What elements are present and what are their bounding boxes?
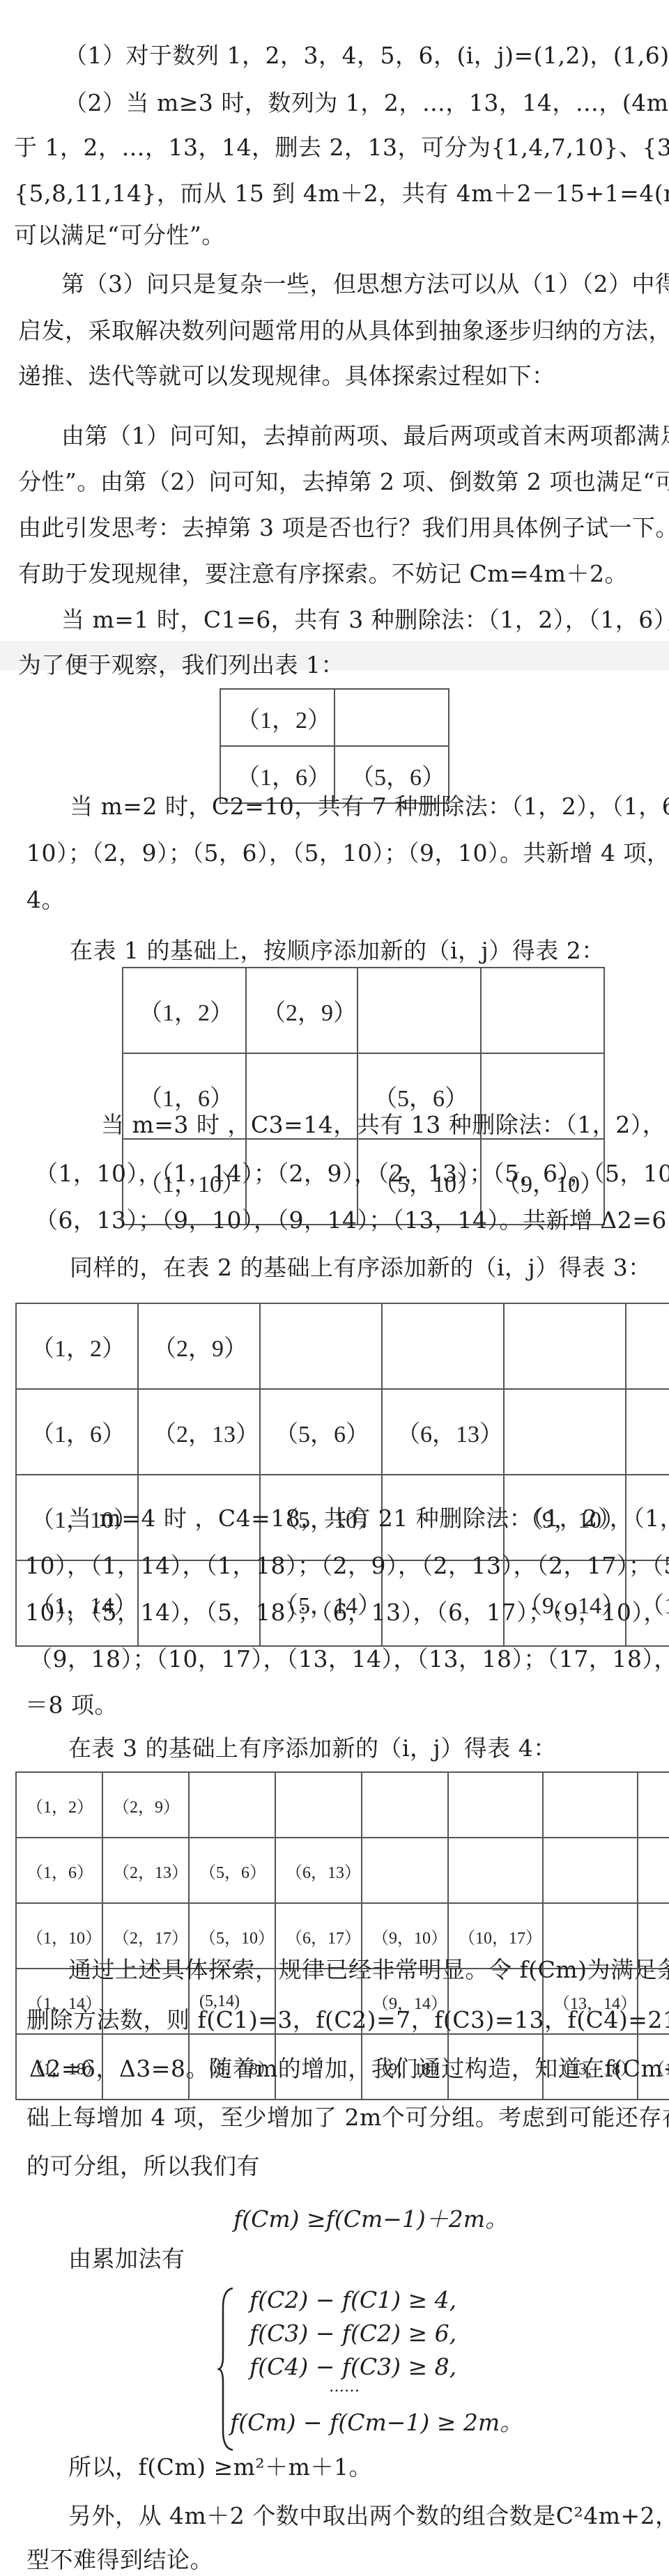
table-cell [543, 1838, 638, 1903]
part2-line1: （2）当 m≥3 时，数列为 1，2，…，13，14，…，(4m＋2)。对 [64, 89, 669, 117]
m4-line1: 当 m=4 时 ，C4=18，共有 21 种删除法：（1，2），（1，6），（1… [68, 1505, 669, 1533]
table-row: （1，6） （2，13） （5，6） （6，13） [16, 1389, 669, 1475]
inequality-row-2: f(C3) − f(C2) ≥ 6, [249, 2320, 456, 2347]
part2-line4: 可以满足“可分性”。 [14, 222, 225, 249]
table-cell [504, 1389, 626, 1475]
part2-line2: 于 1，2，…，13，14，删去 2，13，可分为{1,4,7,10}、{3,6… [14, 134, 669, 162]
recurrence-inequality: f(Cm) ≥f(Cm−1)＋2m。 [233, 2201, 508, 2234]
table-cell: （1，2） [123, 968, 246, 1053]
table-cell: （2，9） [138, 1303, 260, 1389]
table-cell: （2，13） [138, 1389, 260, 1475]
table-cell: （2，13） [102, 1838, 189, 1903]
table-row: （1，2） （2，9） [16, 1772, 669, 1838]
m3-line2: （1，10），（1，14）；（2，9），（2，13）；（5，6），（5，10），… [35, 1160, 669, 1188]
table-cell: （2，9） [102, 1772, 189, 1838]
m3-line3: （6，13）；（9，10），（9，14）；（13，14）。共新增 Δ2=6 项。 [35, 1206, 669, 1234]
table-cell [275, 1772, 362, 1838]
part1-text: （1）对于数列 1，2，3，4，5，6，(i，j)=(1,2)，(1,6)，(5… [64, 42, 669, 70]
table-cell [448, 1838, 543, 1903]
part3-intro-line2: 启发，采取解决数列问题常用的从具体到抽象逐步归纳的方法，通过 [18, 317, 669, 345]
table-cell [626, 1389, 669, 1475]
table-3: （1，2） （2，9） （1，6） （2，13） （5，6） （6，13） （1… [15, 1303, 669, 1647]
table-cell: （2，9） [246, 968, 357, 1053]
table-cell [638, 1838, 669, 1903]
table3-intro: 同样的，在表 2 的基础上有序添加新的（i，j）得表 3： [70, 1254, 652, 1282]
m2-line2: 10）；（2，9）；（5，6），（5，10）；（9，10）。共新增 4 项，记为… [26, 839, 669, 867]
conclusion-line3: Δ2=6，Δ3=8。随着m的增加，我们通过构造，知道在f(Cm−1)的基 [29, 2055, 669, 2083]
table-cell: （5，6） [189, 1838, 275, 1903]
m1-line1: 当 m=1 时，C1=6，共有 3 种删除法：（1，2），（1，6）；（5，6）… [61, 606, 669, 634]
table-cell: （1，2） [220, 689, 334, 746]
table-cell [626, 1303, 669, 1389]
table-1: （1，2） （1，6） （5，6） [220, 688, 449, 804]
table-row: （1，6） （2，13） （5，6） （6，13） [16, 1838, 669, 1903]
result-line: 所以，f(Cm) ≥m²＋m＋1。 [68, 2453, 372, 2481]
table-cell: （1，6） [16, 1838, 102, 1903]
observation-line1: 由第（1）问可知，去掉前两项、最后两项或首末两项都满足“可 [61, 422, 669, 450]
part3-intro-line3: 递推、迭代等就可以发现规律。具体探索过程如下： [18, 362, 555, 390]
m4-line2: 10），（1，14），（1，18）；（2，9），（2，13），（2，17）；（5… [25, 1552, 669, 1580]
table-row: （1，2） （2，9） [16, 1303, 669, 1389]
table-cell: （6，13） [382, 1389, 504, 1475]
conclusion-line2: 删除方法数，则 f(C1)=3，f(C2)=7，f(C3)=13，f(C4)=2… [26, 2006, 669, 2034]
conclusion-line1: 通过上述具体探索，规律已经非常明显。令 f(Cm)为满足条件的 [68, 1956, 669, 1984]
table-row: （1，2） （2，9） [123, 968, 604, 1053]
table-cell [362, 1772, 448, 1838]
table-cell [260, 1303, 382, 1389]
table-cell [638, 1772, 669, 1838]
table-cell [448, 1772, 543, 1838]
m2-line1: 当 m=2 时，C2=10，共有 7 种删除法：（1，2），（1，6），（1， [70, 793, 669, 821]
table-cell: （1，2） [16, 1772, 102, 1838]
m4-line4: （9，18）；（10，17），（13，14），（13，18）；（17，18），共… [29, 1645, 669, 1673]
table-cell [481, 968, 604, 1053]
table-cell: （5，6） [260, 1389, 382, 1475]
table-cell [543, 1772, 638, 1838]
table-cell [362, 1838, 448, 1903]
table2-intro: 在表 1 的基础上，按顺序添加新的（i，j）得表 2： [70, 937, 605, 965]
final-line1: 另外，从 4m＋2 个数中取出两个数的组合数是C²4m+2，由古典概 [68, 2502, 669, 2530]
part2-line3: {5,8,11,14}，而从 15 到 4m＋2，共有 4m＋2－15+1=4(… [14, 180, 669, 208]
table-cell [357, 968, 481, 1053]
inequality-row-3: f(C4) − f(C3) ≥ 8, [249, 2353, 456, 2380]
table-cell: （1，2） [16, 1303, 138, 1389]
m4-line3: 10），（5，14），（5，18）；（6，13），（6，17）；（9，10），（… [25, 1599, 669, 1627]
observation-line4: 有助于发现规律，要注意有序探索。不妨记 Cm=4m＋2。 [18, 560, 628, 588]
m2-line3: 4。 [26, 886, 65, 914]
table-cell [504, 1303, 626, 1389]
inequality-row-1: f(C2) − f(C1) ≥ 4, [249, 2286, 456, 2313]
table-cell [334, 689, 449, 746]
table-cell [382, 1303, 504, 1389]
table-cell [189, 1772, 275, 1838]
table-cell: （6，13） [275, 1838, 362, 1903]
inequality-row-m: f(Cm) − f(Cm−1) ≥ 2m。 [230, 2405, 523, 2437]
m4-line5: ＝8 项。 [25, 1691, 118, 1719]
m3-line1: 当 m=3 时 ，C3=14，共有 13 种删除法：（1，2），（1，6）， [101, 1111, 669, 1139]
final-line2: 型不难得到结论。 [26, 2546, 213, 2574]
observation-line3: 由此引发思考：去掉第 3 项是否也行？我们用具体例子试一下。为了 [18, 514, 669, 542]
part3-intro-line1: 第（3）问只是复杂一些，但思想方法可以从（1）（2）中得到 [61, 270, 669, 298]
table4-intro: 在表 3 的基础上有序添加新的（i，j）得表 4： [68, 1735, 557, 1762]
summation-intro: 由累加法有 [68, 2245, 185, 2273]
conclusion-line4: 础上每增加 4 项，至少增加了 2m个可分组。考虑到可能还存在其它 [26, 2104, 669, 2132]
table-cell: （1，6） [16, 1389, 138, 1475]
m1-line2: 为了便于观察，我们列出表 1： [18, 651, 344, 679]
conclusion-line5: 的可分组，所以我们有 [26, 2152, 260, 2180]
table-4: （1，2） （2，9） （1，6） （2，13） （5，6） （6，13） （1… [15, 1771, 669, 2100]
table-row: （1，2） [220, 689, 449, 746]
observation-line2: 分性”。由第（2）问可知，去掉第 2 项、倒数第 2 项也满足“可分性”。 [18, 468, 669, 496]
inequality-ellipsis: …… [329, 2378, 360, 2396]
